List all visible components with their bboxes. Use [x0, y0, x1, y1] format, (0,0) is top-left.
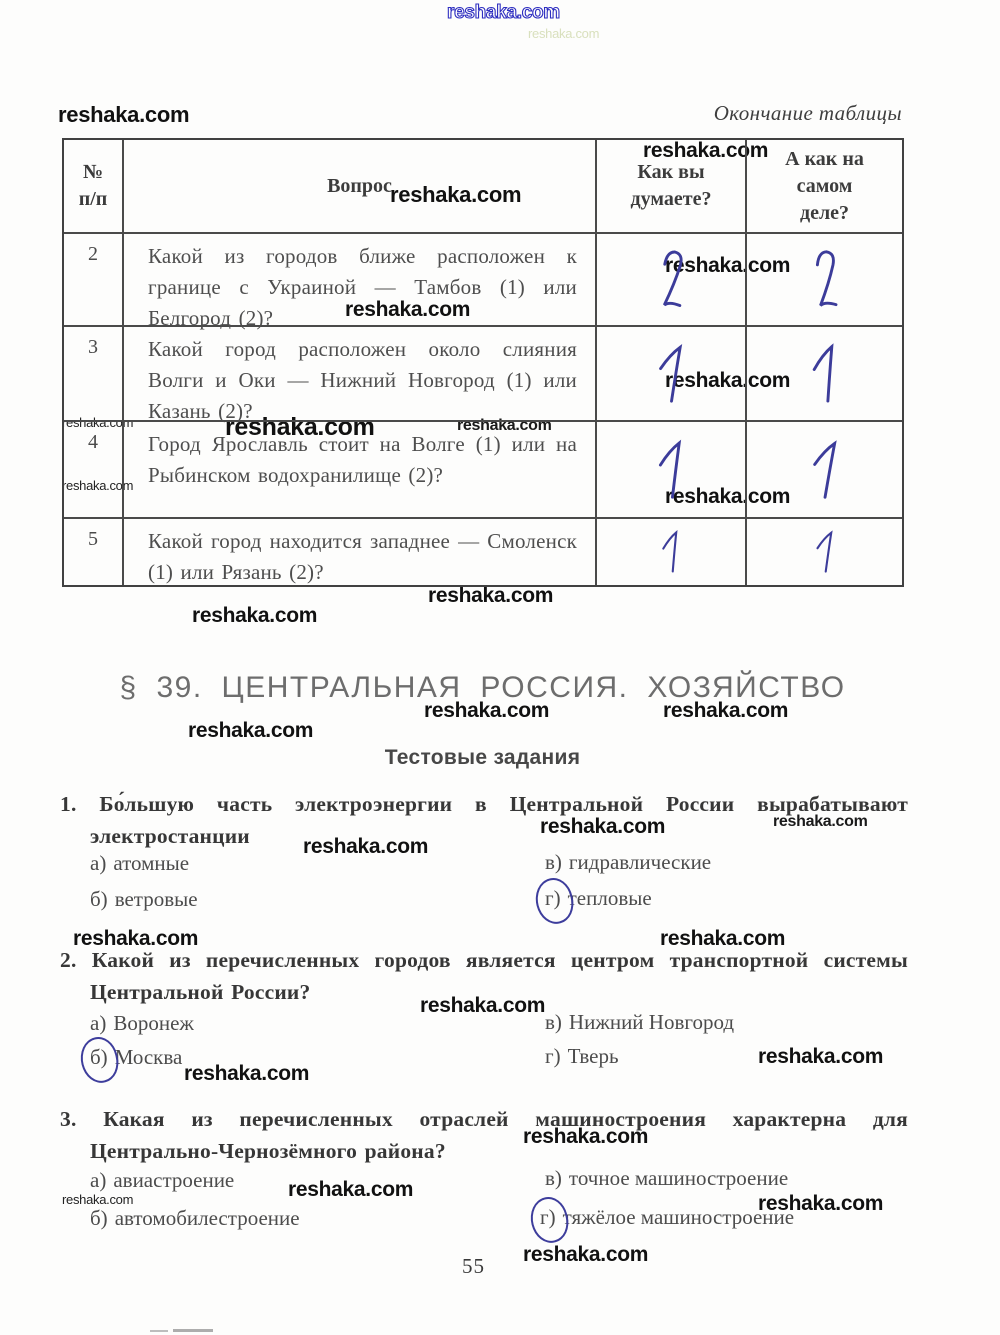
table-row-num: 2 [64, 234, 124, 327]
option-letter: а) [90, 1011, 106, 1036]
option-letter: б) [90, 887, 108, 912]
question-2-option-b: б)Москва [90, 1045, 182, 1070]
question-2-option-v: в)Нижний Новгород [545, 1010, 734, 1035]
question-3-stem: 3. Какая из перечисленных отраслей машин… [60, 1103, 908, 1167]
table-row-question: Какой из городов ближе расположен к гран… [124, 234, 597, 327]
watermark: reshaka.com [188, 719, 313, 743]
question-1-stem: 1. Бо́льшую часть электроэнергии в Центр… [60, 788, 908, 852]
question-1-number: 1. [60, 792, 77, 816]
question-1-option-a: а)атомные [90, 851, 189, 876]
question-1-option-g: г)тепловые [545, 886, 652, 911]
question-2-text: Какой из перечисленных городов является … [90, 948, 908, 1004]
header-think-label: Как вы думаете? [619, 159, 723, 213]
watermark: reshaka.com [428, 584, 553, 608]
option-text: точное машиностроение [569, 1166, 788, 1190]
option-letter: а) [90, 851, 106, 876]
watermark: reshaka.com [62, 1192, 133, 1207]
table-header-real: А как на самом деле? [747, 140, 902, 234]
scan-artifact [173, 1329, 213, 1332]
option-text: гидравлические [569, 850, 711, 874]
header-real-label: А как на самом деле? [777, 146, 873, 227]
option-letter: в) [545, 850, 562, 875]
option-text: атомные [113, 851, 189, 875]
option-text: тепловые [568, 886, 652, 910]
option-letter-circled: б) [90, 1045, 108, 1070]
option-letter: б) [90, 1206, 108, 1231]
page-number: 55 [462, 1254, 485, 1279]
table-header-num: № п/п [64, 140, 124, 234]
section-heading: § 39. ЦЕНТРАЛЬНАЯ РОССИЯ. ХОЗЯЙСТВО [0, 671, 965, 705]
section-subheading: Тестовые задания [0, 746, 965, 770]
option-text: тяжёлое машиностроение [563, 1205, 794, 1229]
table-row-num: 4 [64, 422, 124, 519]
scan-artifact [150, 1330, 168, 1332]
question-2-option-a: а)Воронеж [90, 1011, 194, 1036]
option-text: Воронеж [113, 1011, 194, 1035]
question-3-option-v: в)точное машиностроение [545, 1166, 788, 1191]
table-continuation-label: Окончание таблицы [0, 101, 902, 126]
handwritten-answer [747, 422, 902, 519]
question-3-option-g: г)тяжёлое машиностроение [540, 1205, 794, 1230]
handwritten-answer [597, 519, 747, 585]
option-letter: г) [545, 1044, 561, 1069]
option-text: ветровые [115, 887, 198, 911]
questions-table: № п/п Вопрос Как вы думаете? А как на са… [62, 138, 904, 587]
option-text: авиастроение [113, 1168, 234, 1192]
watermark: reshaka.com [192, 604, 317, 628]
handwritten-answer [747, 327, 902, 422]
option-text: Москва [115, 1045, 183, 1069]
table-row-question: Город Ярославль стоит на Волге (1) или н… [124, 422, 597, 519]
question-2-option-g: г)Тверь [545, 1044, 619, 1069]
question-1-text: Бо́льшую часть электроэнергии в Централь… [90, 792, 908, 848]
question-1-option-v: в)гидравлические [545, 850, 711, 875]
option-text: Тверь [568, 1044, 619, 1068]
question-3-text: Какая из перечисленных отраслей машиност… [90, 1107, 908, 1163]
question-3-number: 3. [60, 1107, 77, 1131]
option-text: Нижний Новгород [569, 1010, 734, 1034]
table-row-num: 3 [64, 327, 124, 422]
watermark: reshaka.com [523, 1243, 648, 1267]
watermark: reshaka.com [447, 2, 560, 24]
header-question-label: Вопрос [327, 173, 392, 200]
table-header-think: Как вы думаете? [597, 140, 747, 234]
handwritten-answer [597, 234, 747, 327]
watermark: reshaka.com [528, 26, 599, 41]
option-letter: в) [545, 1166, 562, 1191]
table-row-question: Какой город расположен около сли­яния Во… [124, 327, 597, 422]
option-letter-circled: г) [545, 886, 561, 911]
option-letter: а) [90, 1168, 106, 1193]
option-text: автомобилестроение [115, 1206, 300, 1230]
handwritten-answer [597, 327, 747, 422]
handwritten-answer [597, 422, 747, 519]
watermark: reshaka.com [758, 1045, 883, 1069]
workbook-page: reshaka.com reshaka.com reshaka.com resh… [0, 0, 1000, 1335]
watermark: reshaka.com [288, 1178, 413, 1202]
watermark: reshaka.com [184, 1062, 309, 1086]
table-header-question: Вопрос [124, 140, 597, 234]
question-3-option-b: б)автомобилестроение [90, 1206, 300, 1231]
table-row-num: 5 [64, 519, 124, 585]
handwritten-answer [747, 234, 902, 327]
question-2-stem: 2. Какой из перечисленных городов являет… [60, 944, 908, 1008]
question-1-option-b: б)ветровые [90, 887, 198, 912]
table-row-question: Какой город находится западнее — Смоленс… [124, 519, 597, 585]
option-letter-circled: г) [540, 1205, 556, 1230]
question-2-number: 2. [60, 948, 77, 972]
header-num-label: № п/п [79, 159, 108, 213]
option-letter: в) [545, 1010, 562, 1035]
handwritten-answer [747, 519, 902, 585]
question-3-option-a: а)авиастроение [90, 1168, 234, 1193]
